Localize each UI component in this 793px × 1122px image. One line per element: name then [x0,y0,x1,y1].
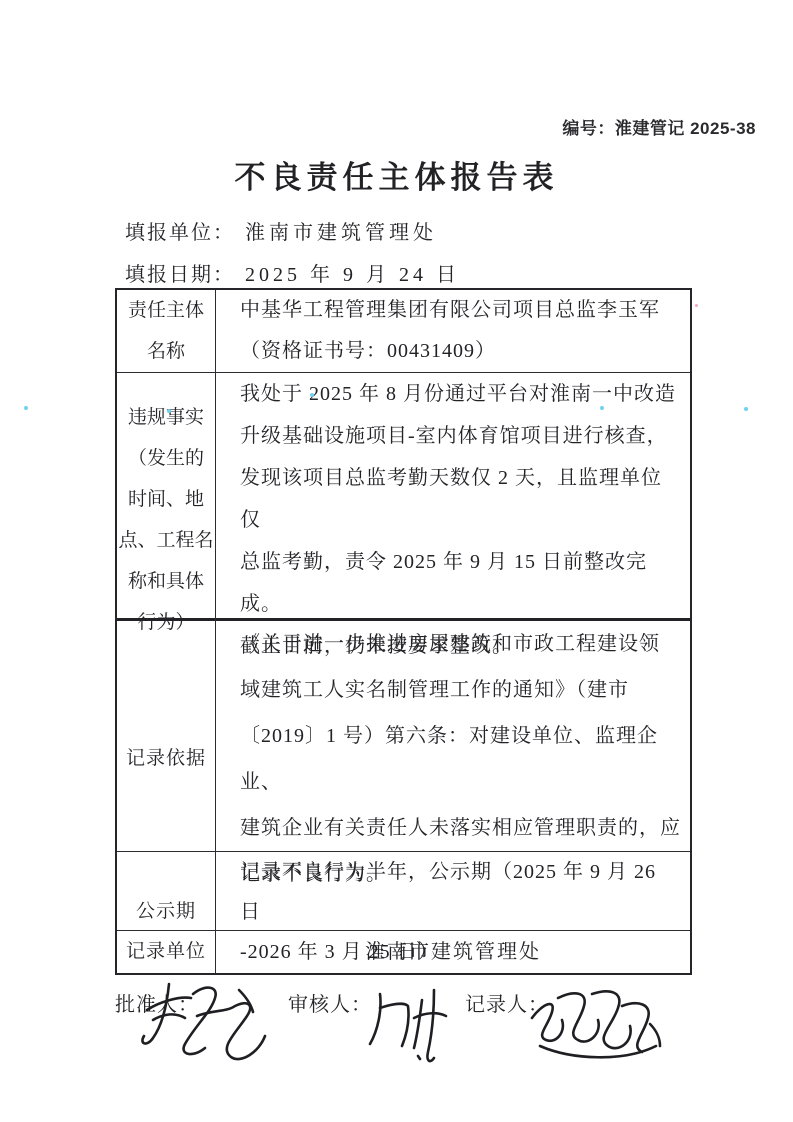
table-row-record-basis: 记录依据 《关于进一步推进房屋建筑和市政工程建设领 域建筑工人实名制管理工作的通… [117,621,690,852]
table-row-publicity-period: 公示期 记录不良行为半年，公示期（2025 年 9 月 26 日 -2026 年… [117,852,690,931]
filing-unit-label: 填报单位： [125,222,235,244]
scan-artifact-speck [744,407,748,411]
row-label-responsible-party: 责任主体 名称 [117,290,216,372]
scan-artifact-speck [24,406,28,410]
row-value-responsible-party: 中基华工程管理集团有限公司项目总监李玉军 （资格证书号：00431409） [216,290,690,372]
recorder-signature [522,976,672,1066]
report-form-table: 责任主体 名称 中基华工程管理集团有限公司项目总监李玉军 （资格证书号：0043… [115,288,692,975]
filing-unit-value: 淮南市建筑管理处 [245,222,437,244]
document-title: 不良责任主体报告表 [0,152,793,197]
row-label-recording-unit: 记录单位 [117,931,216,973]
approver-signature [133,970,283,1065]
scan-artifact-speck [167,409,171,413]
scanned-document-page: 编号：淮建管记 2025-38 不良责任主体报告表 填报单位：淮南市建筑管理处 … [0,0,793,1122]
signature-row: 批准人： 审核人： 记录人： [0,988,793,1058]
scan-artifact-speck [695,304,698,307]
filing-date-label: 填报日期： [125,264,235,286]
document-number: 编号：淮建管记 2025-38 [562,114,756,139]
scan-artifact-speck [600,406,604,410]
table-row-violation-facts: 违规事实 （发生的 时间、地 点、工程名 称和具体 行为） 我处于 2025 年… [117,373,690,621]
reviewer-label: 审核人： [288,988,372,1017]
reviewer-signature [362,978,462,1063]
filing-unit-line: 填报单位：淮南市建筑管理处 [125,216,437,245]
scan-artifact-speck [310,393,314,397]
row-value-recording-unit: 淮南市建筑管理处 [216,931,690,973]
table-row-responsible-party: 责任主体 名称 中基华工程管理集团有限公司项目总监李玉军 （资格证书号：0043… [117,290,690,373]
filing-date-value: 2025 年 9 月 24 日 [245,264,460,286]
table-row-recording-unit: 记录单位 淮南市建筑管理处 [117,931,690,973]
filing-date-line: 填报日期：2025 年 9 月 24 日 [125,258,460,287]
